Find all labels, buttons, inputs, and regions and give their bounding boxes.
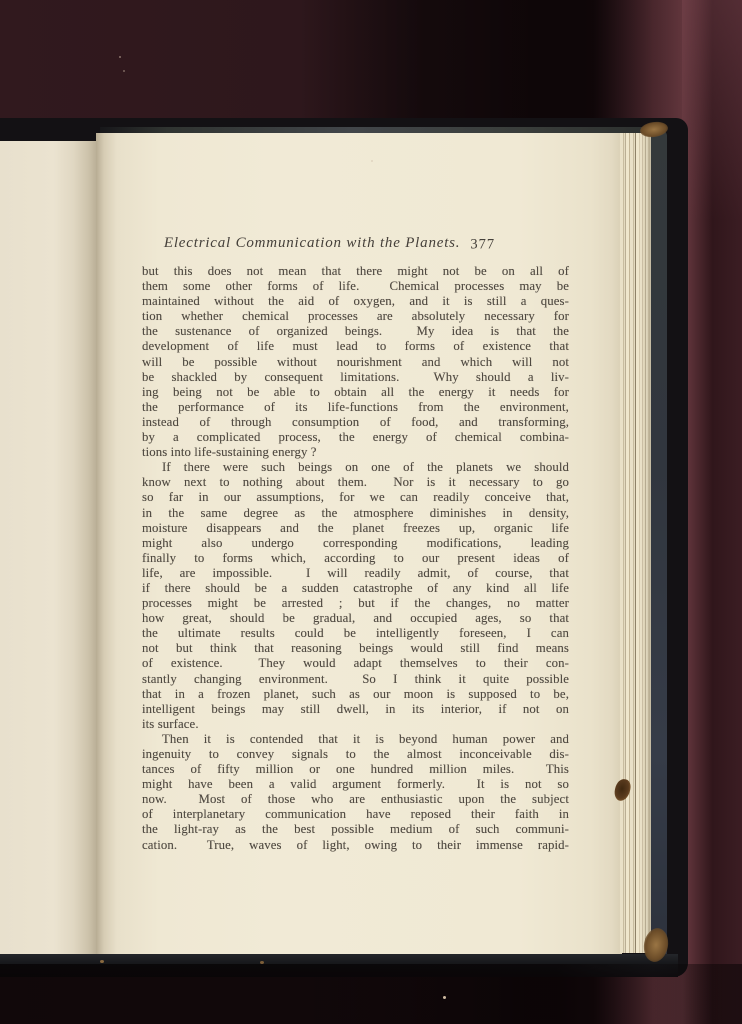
text-line: be shackled by consequent limitations. W… xyxy=(142,370,569,385)
dust-speck xyxy=(443,996,446,999)
dust-speck xyxy=(123,70,125,72)
book-cover-right-edge xyxy=(651,130,667,960)
page-fore-edges xyxy=(620,133,653,953)
text-line: that in a frozen planet, such as our moo… xyxy=(142,687,569,702)
text-line: will be possible without nourishment and… xyxy=(142,355,569,370)
text-line: If there were such beings on one of the … xyxy=(142,460,569,475)
text-line: of interplanetary communication have rep… xyxy=(142,807,569,822)
text-line: intelligent beings may still dwell, in i… xyxy=(142,702,569,717)
text-line: the light-ray as the best possible mediu… xyxy=(142,822,569,837)
text-line: ingenuity to convey signals to the almos… xyxy=(142,747,569,762)
text-line: the sustenance of organized beings. My i… xyxy=(142,324,569,339)
left-page xyxy=(0,141,98,958)
text-line: its surface. xyxy=(142,717,569,732)
dust-speck xyxy=(100,960,104,963)
dust-speck xyxy=(119,56,121,58)
text-line: so far in our assumptions, for we can re… xyxy=(142,490,569,505)
text-line: not but think that reasoning beings woul… xyxy=(142,641,569,656)
background-shadow-bottom xyxy=(0,964,742,1024)
dust-speck xyxy=(371,160,373,162)
dust-speck xyxy=(260,961,264,964)
text-line: if there should be a sudden catastrophe … xyxy=(142,581,569,596)
background-highlight-right xyxy=(682,0,742,220)
text-line: cation. True, waves of light, owing to t… xyxy=(142,838,569,853)
text-line: moisture disappears and the planet freez… xyxy=(142,521,569,536)
text-line: them some other forms of life. Chemical … xyxy=(142,279,569,294)
page-number: 377 xyxy=(470,237,495,254)
text-line: tions into life-sustaining energy ? xyxy=(142,445,569,460)
text-line: Then it is contended that it is beyond h… xyxy=(142,732,569,747)
page-body-text: but this does not mean that there might … xyxy=(142,264,569,853)
text-line: development of life must lead to forms o… xyxy=(142,339,569,354)
text-line: but this does not mean that there might … xyxy=(142,264,569,279)
text-line: now. Most of those who are enthusiastic … xyxy=(142,792,569,807)
text-line: maintained without the aid of oxygen, an… xyxy=(142,294,569,309)
text-line: processes might be arrested ; but if the… xyxy=(142,596,569,611)
text-line: life, are impossible. I will readily adm… xyxy=(142,566,569,581)
text-line: ing being not be able to obtain all the … xyxy=(142,385,569,400)
right-page: Electrical Communication with the Planet… xyxy=(96,133,622,956)
text-line: might have been a valid argument formerl… xyxy=(142,777,569,792)
text-line: might also undergo corresponding modific… xyxy=(142,536,569,551)
text-line: tion whether chemical processes are abso… xyxy=(142,309,569,324)
text-line: instead of through consumption of food, … xyxy=(142,415,569,430)
text-line: know next to nothing about them. Nor is … xyxy=(142,475,569,490)
photo-background: Electrical Communication with the Planet… xyxy=(0,0,742,1024)
text-line: by a complicated process, the energy of … xyxy=(142,430,569,445)
text-line: the performance of its life-functions fr… xyxy=(142,400,569,415)
text-line: finally to forms which, according to our… xyxy=(142,551,569,566)
running-header: Electrical Communication with the Planet… xyxy=(116,234,543,252)
text-line: stantly changing environment. So I think… xyxy=(142,672,569,687)
text-line: how great, should be gradual, and occupi… xyxy=(142,611,569,626)
text-line: of existence. They would adapt themselve… xyxy=(142,656,569,671)
text-line: in the same degree as the atmosphere dim… xyxy=(142,506,569,521)
text-line: tances of fifty million or one hundred m… xyxy=(142,762,569,777)
running-header-title: Electrical Communication with the Planet… xyxy=(164,235,460,251)
text-line: the ultimate results could be intelligen… xyxy=(142,626,569,641)
